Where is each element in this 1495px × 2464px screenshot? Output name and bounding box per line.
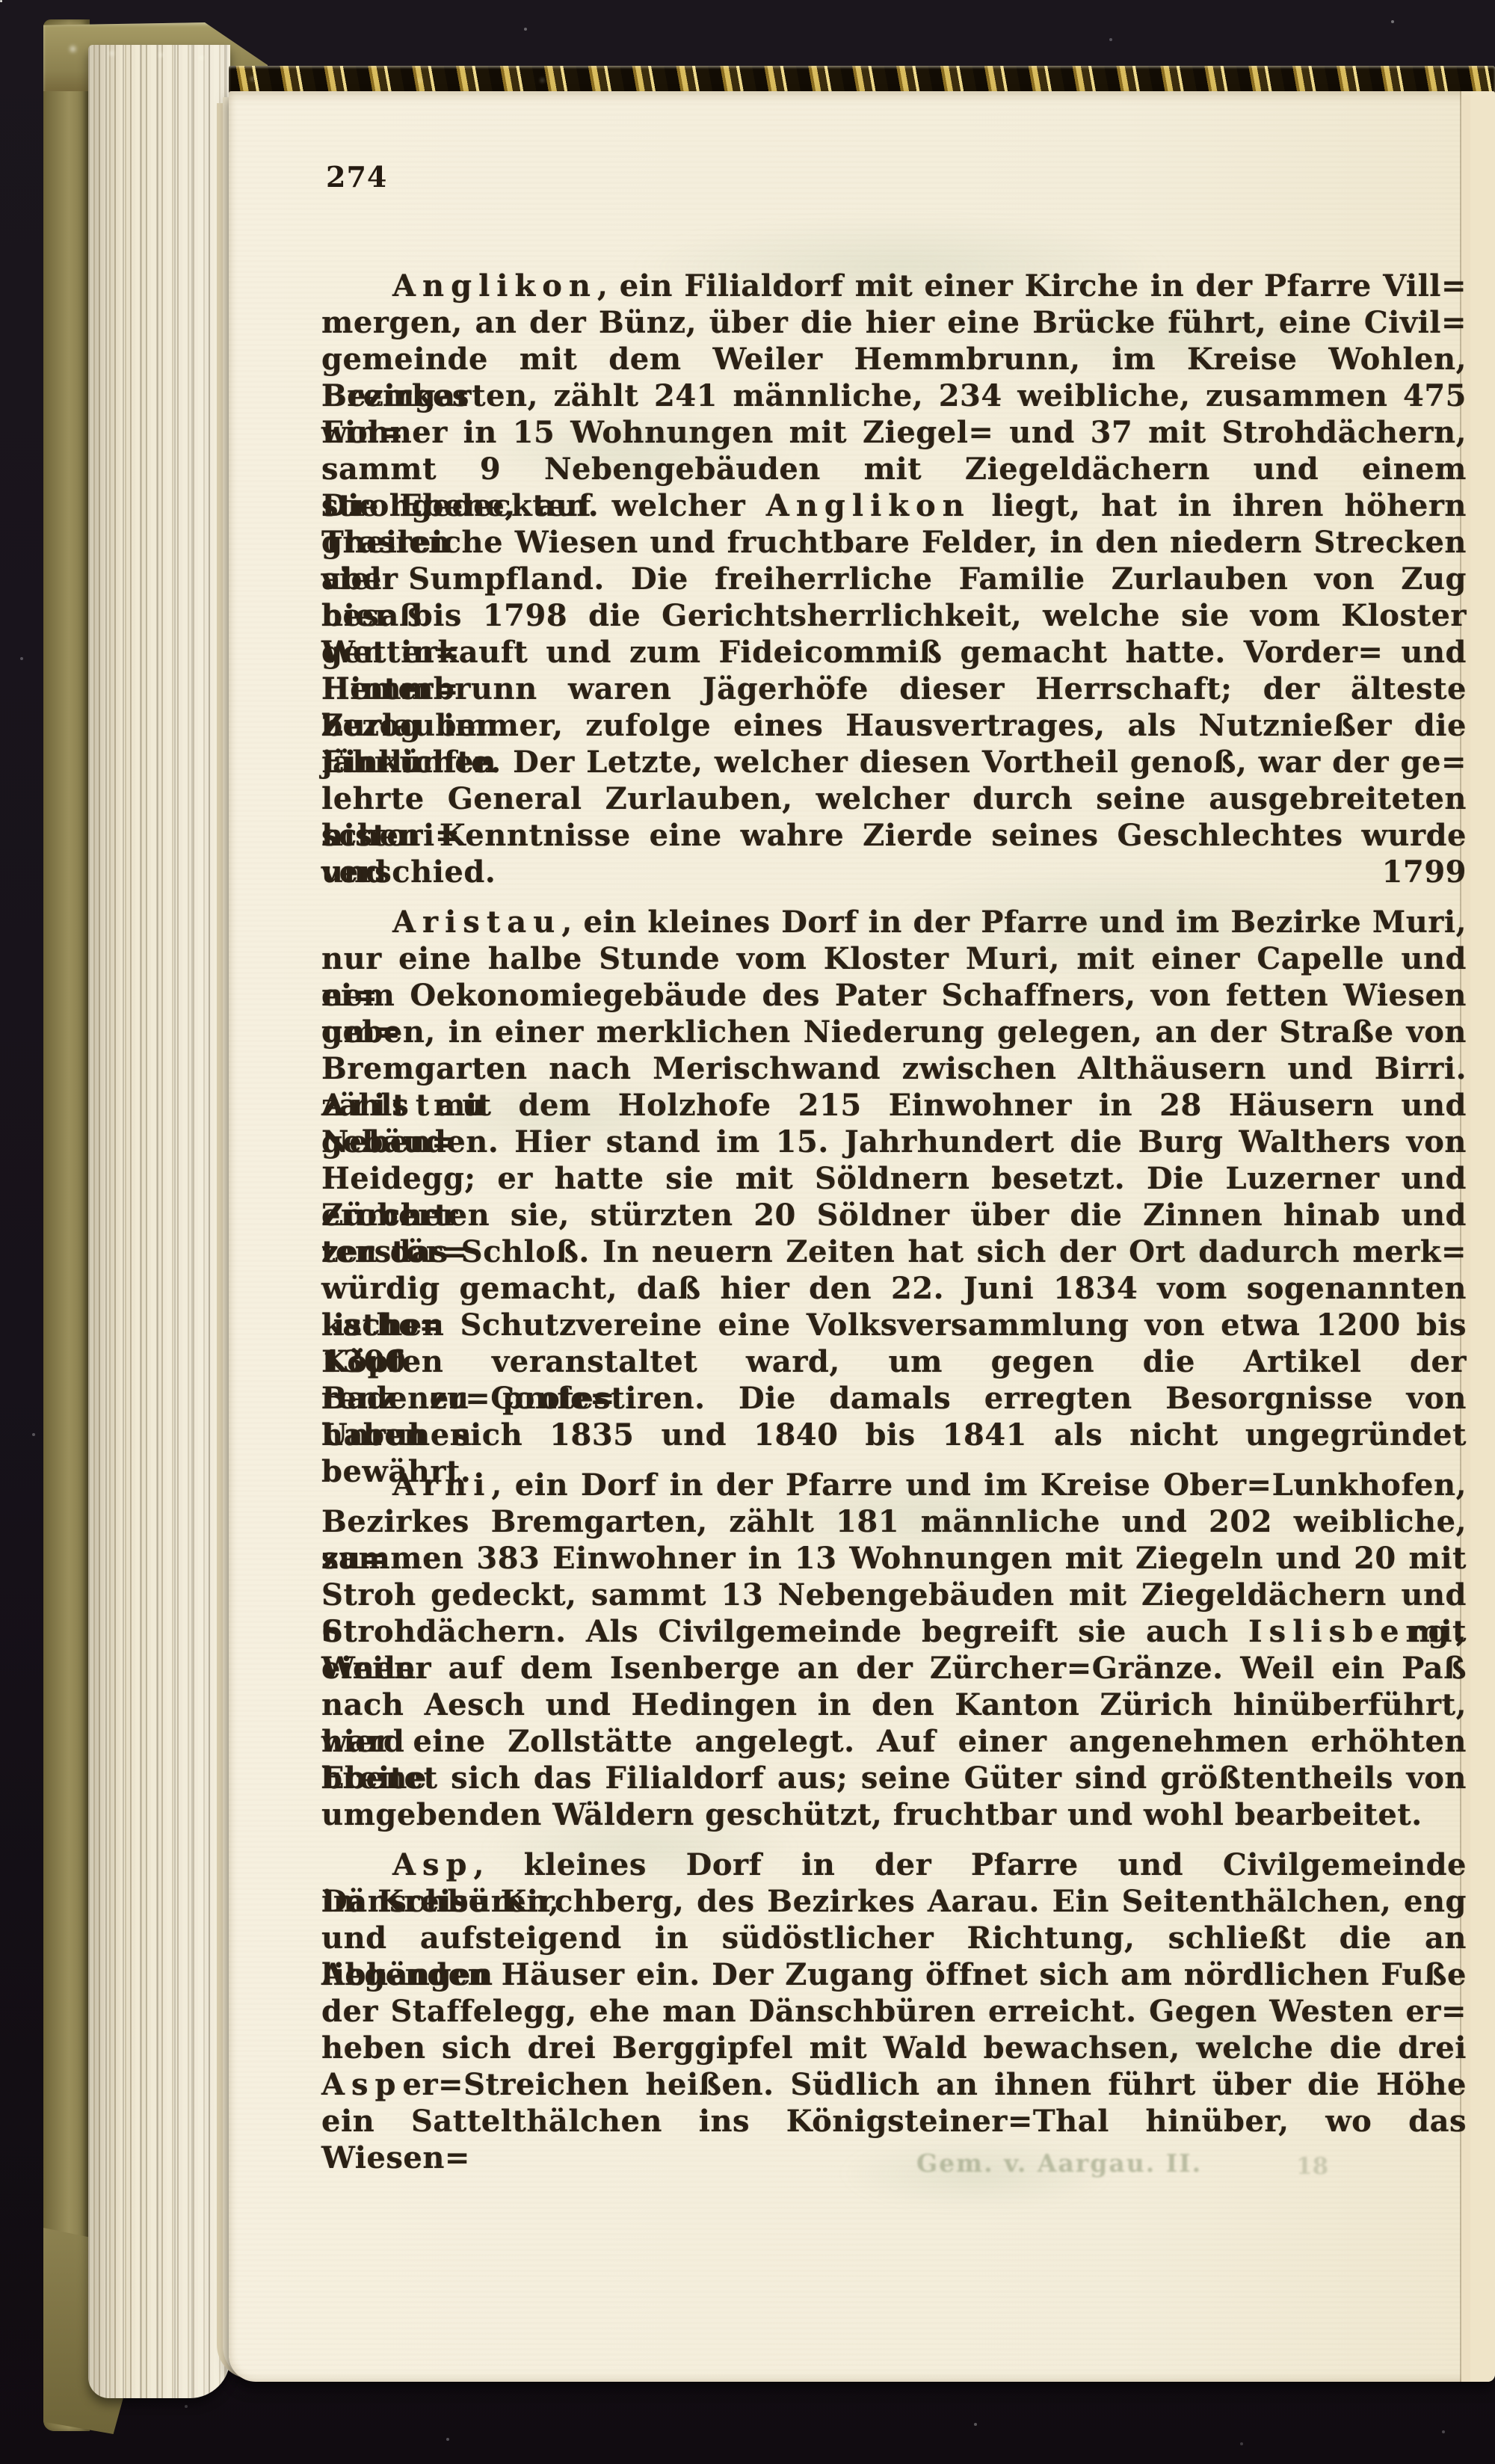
text-line: der Staffelegg, ehe man Dänschbüren erre… — [321, 1993, 1467, 2030]
text-line: Bremgarten nach Merischwand zwischen Alt… — [321, 1050, 1467, 1087]
text-line: grasreiche Wiesen und fruchtbare Felder,… — [321, 524, 1467, 561]
paragraph-asp: Asp, kleines Dorf in der Pfarre und Civi… — [321, 1847, 1467, 2140]
text-line: gemeinde mit dem Weiler Hemmbrunn, im Kr… — [321, 341, 1467, 378]
text-line: Strohdächern. Als Civilgemeinde begreift… — [321, 1613, 1467, 1650]
text-line: ten das Schloß. In neuern Zeiten hat sic… — [321, 1233, 1467, 1270]
text-line: lischen Schutzvereine eine Volksversamml… — [321, 1307, 1467, 1343]
text-line: Die Ebene, auf welcher Anglikon liegt, h… — [321, 487, 1467, 524]
ghost-footer-text: Gem. v. Aargau. II. — [916, 2149, 1202, 2178]
text-line: Asper=Streichen heißen. Südlich an ihnen… — [321, 2066, 1467, 2103]
text-line: Asp, kleines Dorf in der Pfarre und Civi… — [321, 1847, 1467, 1883]
text-line: nach Aesch und Hedingen in den Kanton Zü… — [321, 1687, 1467, 1723]
letterspaced-word: Aristau — [392, 905, 561, 940]
text-line: Einkünfte. Der Letzte, welcher diesen Vo… — [321, 744, 1467, 780]
text-line: gebäuden. Hier stand im 15. Jahrhundert … — [321, 1124, 1467, 1160]
letterspaced-word: Anglikon — [392, 268, 597, 304]
text-line: hier bis 1798 die Gerichtsherrlichkeit, … — [321, 597, 1467, 634]
text-line: viel Sumpfland. Die freiherrliche Famili… — [321, 561, 1467, 597]
text-line: Weiler auf dem Isenberge an der Zürcher=… — [321, 1650, 1467, 1687]
text-line: zählt mit dem Holzhofe 215 Einwohner in … — [321, 1087, 1467, 1124]
book-page: 274 Anglikon, ein Filialdorf mit einer K… — [229, 91, 1495, 2382]
text-line: renz zu protestiren. Die damals erregten… — [321, 1380, 1467, 1417]
text-line: bezog immer, zufolge eines Hausvertrages… — [321, 707, 1467, 744]
text-line: im Kreise Kirchberg, des Bezirkes Aarau.… — [321, 1883, 1467, 1920]
ghost-signature-number: 18 — [1296, 2153, 1328, 2180]
text-line: sammen 383 Einwohner in 13 Wohnungen mit… — [321, 1540, 1467, 1577]
book-scan-photo: 274 Anglikon, ein Filialdorf mit einer K… — [0, 0, 1495, 2464]
letterspaced-word: Arni — [392, 1467, 491, 1503]
text-line: Aristau, ein kleines Dorf in der Pfarre … — [321, 904, 1467, 940]
text-line: würdig gemacht, daß hier den 22. Juni 18… — [321, 1270, 1467, 1307]
text-line: sammt 9 Nebengebäuden mit Ziegeldächern … — [321, 451, 1467, 487]
text-line: gen erkauft und zum Fideicommiß gemacht … — [321, 634, 1467, 671]
text-line: Bezirkes Bremgarten, zählt 181 männliche… — [321, 1503, 1467, 1540]
text-line: lehrte General Zurlauben, welcher durch … — [321, 780, 1467, 817]
text-line: eroberten sie, stürzten 20 Söldner über … — [321, 1197, 1467, 1233]
text-line: nem Oekonomiegebäude des Pater Schaffner… — [321, 977, 1467, 1014]
text-line: hier eine Zollstätte angelegt. Auf einer… — [321, 1723, 1467, 1760]
text-line: Anglikon, ein Filialdorf mit einer Kirch… — [321, 268, 1467, 304]
paragraph-arni: Arni, ein Dorf in der Pfarre und im Krei… — [321, 1467, 1467, 1833]
text-line: ein Sattelthälchen ins Königsteiner=Thal… — [321, 2103, 1467, 2140]
text-line: nur eine halbe Stunde vom Kloster Muri, … — [321, 940, 1467, 977]
text-line: haben sich 1835 und 1840 bis 1841 als ni… — [321, 1417, 1467, 1453]
text-line: Hemmbrunn waren Jägerhöfe dieser Herrsch… — [321, 671, 1467, 707]
text-line: heben sich drei Berggipfel mit Wald bewa… — [321, 2030, 1467, 2066]
letterspaced-word: Anglikon — [766, 488, 971, 523]
text-line: und aufsteigend in südöstlicher Richtung… — [321, 1920, 1467, 1956]
text-line: Bremgarten, zählt 241 männliche, 234 wei… — [321, 378, 1467, 414]
page-edges-stack — [88, 45, 230, 2398]
text-line: mergen, an der Bünz, über die hier eine … — [321, 304, 1467, 341]
letterspaced-word: Asp — [321, 2067, 403, 2102]
text-line: Heidegg; er hatte sie mit Söldnern beset… — [321, 1160, 1467, 1197]
text-line: wohner in 15 Wohnungen mit Ziegel= und 3… — [321, 414, 1467, 451]
text-line: Arni, ein Dorf in der Pfarre und im Krei… — [321, 1467, 1467, 1503]
text-line: umgebenden Wäldern geschützt, fruchtbar … — [321, 1796, 1467, 1833]
gilt-top-edge — [229, 66, 1495, 94]
letterspaced-word: Islisberg — [1248, 1614, 1456, 1649]
text-line: geben, in einer merklichen Niederung gel… — [321, 1014, 1467, 1050]
gilt-glints — [0, 0, 2, 2]
book-cover-spine — [43, 19, 90, 2431]
text-block: Anglikon, ein Filialdorf mit einer Kirch… — [321, 268, 1467, 2153]
text-line: Stroh gedeckt, sammt 13 Nebengebäuden mi… — [321, 1577, 1467, 1613]
paragraph-aristau: Aristau, ein kleines Dorf in der Pfarre … — [321, 904, 1467, 1453]
text-line: schen Kenntnisse eine wahre Zierde seine… — [321, 817, 1467, 854]
page-number: 274 — [326, 160, 387, 194]
letterspaced-word: Asp — [392, 1847, 474, 1882]
paragraph-anglikon: Anglikon, ein Filialdorf mit einer Kirch… — [321, 268, 1467, 890]
text-line: Köpfen veranstaltet ward, um gegen die A… — [321, 1343, 1467, 1380]
text-line: breitet sich das Filialdorf aus; seine G… — [321, 1760, 1467, 1796]
text-line: liegenden Häuser ein. Der Zugang öffnet … — [321, 1956, 1467, 1993]
